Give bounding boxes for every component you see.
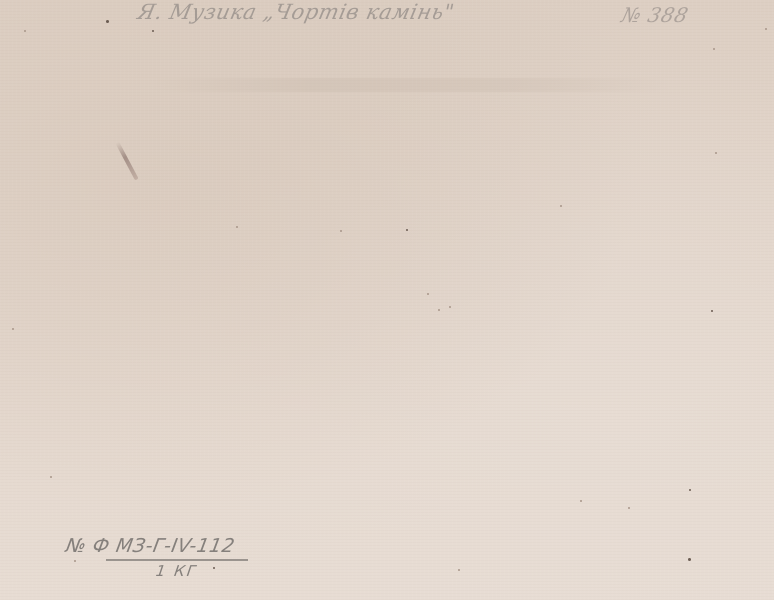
paper-speck: [340, 230, 342, 232]
paper-speck: [580, 500, 582, 502]
paper-speck: [24, 30, 26, 32]
paper-speck: [765, 28, 767, 30]
inventory-subcode: 1 КГ: [155, 562, 258, 580]
paper-speck: [406, 229, 408, 231]
paper-speck: [427, 293, 429, 295]
paper-speck: [688, 558, 691, 561]
paper-speck: [713, 48, 715, 50]
paper-speck: [715, 152, 717, 154]
fraction-line: [106, 559, 248, 561]
paper-speck: [12, 328, 14, 330]
paper-speck: [560, 205, 562, 207]
catalog-number-annotation: № 388: [619, 3, 691, 27]
paper-fold-mark: [150, 78, 670, 92]
paper-speck: [106, 20, 109, 23]
paper-speck: [236, 226, 238, 228]
paper-speck: [628, 507, 630, 509]
inventory-code: № Ф МЗ-Г-IV-112: [64, 535, 258, 557]
paper-speck: [458, 569, 460, 571]
artwork-title-annotation: Я. Музика „Чортів камінь": [135, 0, 456, 24]
paper-speck: [152, 30, 154, 32]
inventory-annotation: № Ф МЗ-Г-IV-112 1 КГ: [66, 535, 256, 580]
paper-speck: [438, 309, 440, 311]
paper-speck: [689, 489, 691, 491]
paper-speck: [449, 306, 451, 308]
paper-speck: [711, 310, 713, 312]
paper-speck: [50, 476, 52, 478]
